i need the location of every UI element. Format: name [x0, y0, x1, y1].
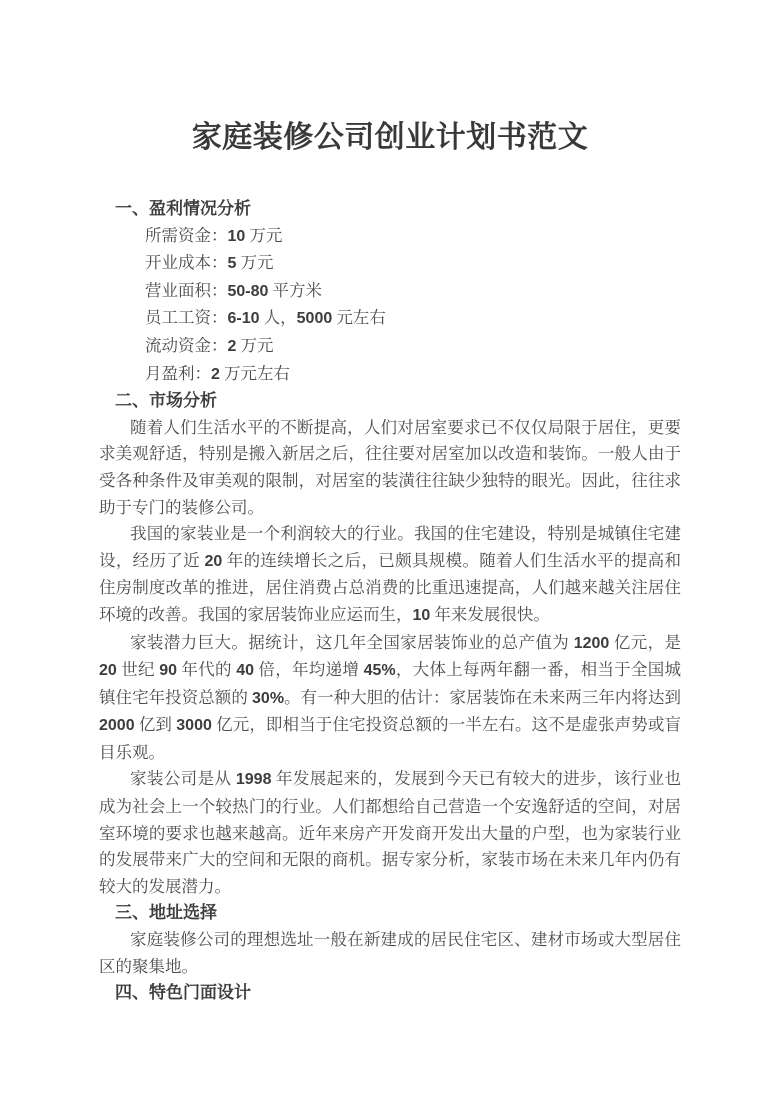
text-run: 元左右 [332, 308, 386, 327]
text-run: 万元 [236, 253, 273, 272]
document-title: 家庭装修公司创业计划书范文 [99, 118, 681, 158]
text-run: 开业成本： [145, 253, 228, 272]
numeric-value: 45% [364, 662, 396, 679]
section-heading: 一、盈利情况分析 [99, 196, 681, 223]
numeric-value: 30% [252, 690, 284, 707]
numeric-value: 1998 [236, 771, 272, 788]
numeric-value: 1200 [574, 635, 610, 652]
document-page: 家庭装修公司创业计划书范文 一、盈利情况分析所需资金：10 万元开业成本：5 万… [0, 0, 780, 1103]
text-run: 月盈利： [145, 364, 211, 383]
numeric-value: 5000 [297, 310, 333, 327]
numeric-value: 90 [159, 662, 177, 679]
numeric-value: 10 [228, 228, 246, 245]
text-run: 所需资金： [145, 226, 228, 245]
text-run: 营业面积： [145, 281, 228, 300]
list-item: 流动资金：2 万元 [99, 333, 681, 361]
numeric-value: 2 [211, 366, 220, 383]
text-run: 万元 [245, 226, 282, 245]
text-run: 一、盈利情况分析 [115, 199, 251, 218]
paragraph: 家庭装修公司的理想选址一般在新建成的居民住宅区、建材市场或大型居住区的聚集地。 [99, 927, 681, 980]
text-run: 世纪 [117, 660, 159, 679]
numeric-value: 40 [236, 662, 254, 679]
text-run: 三、地址选择 [115, 903, 217, 922]
list-item: 所需资金：10 万元 [99, 223, 681, 251]
numeric-value: 6-10 [228, 310, 260, 327]
text-run: 家庭装修公司的理想选址一般在新建成的居民住宅区、建材市场或大型居住区的聚集地。 [99, 930, 681, 976]
list-item: 开业成本：5 万元 [99, 250, 681, 278]
list-item: 营业面积：50-80 平方米 [99, 278, 681, 306]
text-run: 二、市场分析 [115, 391, 217, 410]
text-run: 流动资金： [145, 336, 228, 355]
text-run: 随着人们生活水平的不断提高，人们对居室要求已不仅仅局限于居住，更要求美观舒适，特… [99, 418, 681, 517]
paragraph: 家装公司是从 1998 年发展起来的，发展到今天已有较大的进步，该行业也成为社会… [99, 766, 681, 900]
text-run: 员工工资： [145, 308, 228, 327]
document-body: 一、盈利情况分析所需资金：10 万元开业成本：5 万元营业面积：50-80 平方… [99, 196, 681, 1007]
numeric-value: 2000 [99, 717, 135, 734]
text-run: 家装公司是从 [130, 769, 236, 788]
text-run: 万元 [236, 336, 273, 355]
text-run: 年来发展很快。 [430, 605, 550, 624]
section-heading: 四、特色门面设计 [99, 980, 681, 1007]
numeric-value: 20 [99, 662, 117, 679]
paragraph: 家装潜力巨大。据统计，这几年全国家居装饰业的总产值为 1200 亿元，是 20 … [99, 630, 681, 767]
numeric-value: 20 [204, 553, 222, 570]
text-run: 年代的 [177, 660, 236, 679]
paragraph: 随着人们生活水平的不断提高，人们对居室要求已不仅仅局限于居住，更要求美观舒适，特… [99, 415, 681, 521]
text-run: 四、特色门面设计 [115, 983, 251, 1002]
list-item: 月盈利：2 万元左右 [99, 361, 681, 389]
paragraph: 我国的家装业是一个利润较大的行业。我国的住宅建设，特别是城镇住宅建设，经历了近 … [99, 521, 681, 629]
section-heading: 二、市场分析 [99, 388, 681, 415]
text-run: 家装潜力巨大。据统计，这几年全国家居装饰业的总产值为 [130, 633, 574, 652]
numeric-value: 3000 [176, 717, 212, 734]
text-run: 亿元，是 [609, 633, 681, 652]
numeric-value: 10 [413, 607, 431, 624]
section-heading: 三、地址选择 [99, 900, 681, 927]
text-run: 亿到 [135, 715, 177, 734]
numeric-value: 50-80 [228, 283, 269, 300]
text-run: 万元左右 [220, 364, 290, 383]
text-run: 倍，年均递增 [254, 660, 364, 679]
text-run: 。有一种大胆的估计：家居装饰在未来两三年内将达到 [284, 688, 681, 707]
text-run: 平方米 [268, 281, 322, 300]
text-run: 人， [260, 308, 297, 327]
list-item: 员工工资：6-10 人，5000 元左右 [99, 305, 681, 333]
